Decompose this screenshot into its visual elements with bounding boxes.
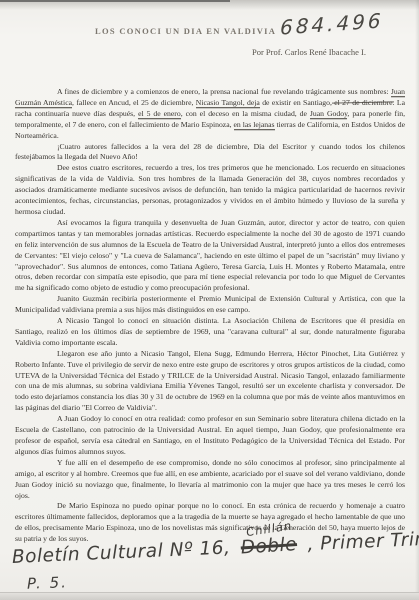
pen-strikethrough: el 27 de diciembre: [334, 98, 392, 107]
text-run: A fines de diciembre y a comienzos de en…: [57, 87, 391, 96]
catalog-number-handwritten: 684.496: [280, 8, 384, 39]
article-byline: Por Prof. Carlos René Ibacache I.: [252, 47, 366, 57]
scan-right-edge: [415, 0, 419, 600]
page-reference-handwritten: P. 5.: [27, 573, 68, 592]
text-run: Y fue allí en el desempeño de ese compro…: [15, 458, 405, 500]
pen-underline: en las lejanas: [234, 120, 275, 129]
paragraph: Así evocamos la figura tranquila y desen…: [15, 218, 405, 294]
paragraph: ¡Cuatro autores fallecidos a la vera del…: [15, 142, 405, 164]
pen-underline: Juan Godoy: [310, 109, 348, 118]
article-body: A fines de diciembre y a comienzos de en…: [15, 87, 405, 545]
text-run: A Juan Godoy lo conocí en otra realidad:…: [15, 414, 405, 456]
text-run: Juanito Guzmán recibiría posteriormente …: [15, 294, 405, 314]
text-run: ¡Cuatro autores fallecidos a la vera del…: [15, 142, 405, 162]
text-run: A Nicasio Tangol lo conocí en situación …: [15, 316, 405, 347]
paragraph: A Juan Godoy lo conocí en otra realidad:…: [15, 414, 405, 458]
text-run: Dee estos cuatro escritores, recuerdo a …: [15, 163, 405, 216]
text-run: Así evocamos la figura tranquila y desen…: [15, 218, 405, 292]
scanned-document-page: 684.496 LOS CONOCI UN DIA EN VALDIVIA Po…: [0, 0, 419, 600]
citation-correction-group: Chillán Doble: [240, 535, 297, 558]
paragraph: Dee estos cuatro escritores, recuerdo a …: [15, 163, 405, 218]
paragraph: Y fue allí en el desempeño de ese compro…: [15, 458, 405, 502]
paragraph: A fines de diciembre y a comienzos de en…: [15, 87, 405, 142]
scan-top-edge-dark-line: [0, 0, 230, 2]
pen-underline: Nicasio Tangol, deja: [196, 98, 260, 107]
text-run: de existir en Santiago,: [260, 98, 334, 107]
text-run: Llegaron ese año junto a Nicasio Tangol,…: [15, 349, 405, 413]
text-run: , fallece en Ancud, el 25 de diciembre,: [72, 98, 196, 107]
paragraph: Juanito Guzmán recibiría posteriormente …: [15, 294, 405, 316]
scan-bottom-edge: [0, 592, 419, 600]
pen-underline: el 5 de enero: [138, 109, 181, 118]
article-title: LOS CONOCI UN DIA EN VALDIVIA: [95, 26, 276, 36]
crossed-out-word: Doble: [240, 534, 298, 558]
paragraph: Llegaron ese año junto a Nicasio Tangol,…: [15, 349, 405, 414]
paragraph: A Nicasio Tangol lo conocí en situación …: [15, 316, 405, 349]
text-run: , con el deceso en la misma ciudad, de: [181, 109, 310, 118]
